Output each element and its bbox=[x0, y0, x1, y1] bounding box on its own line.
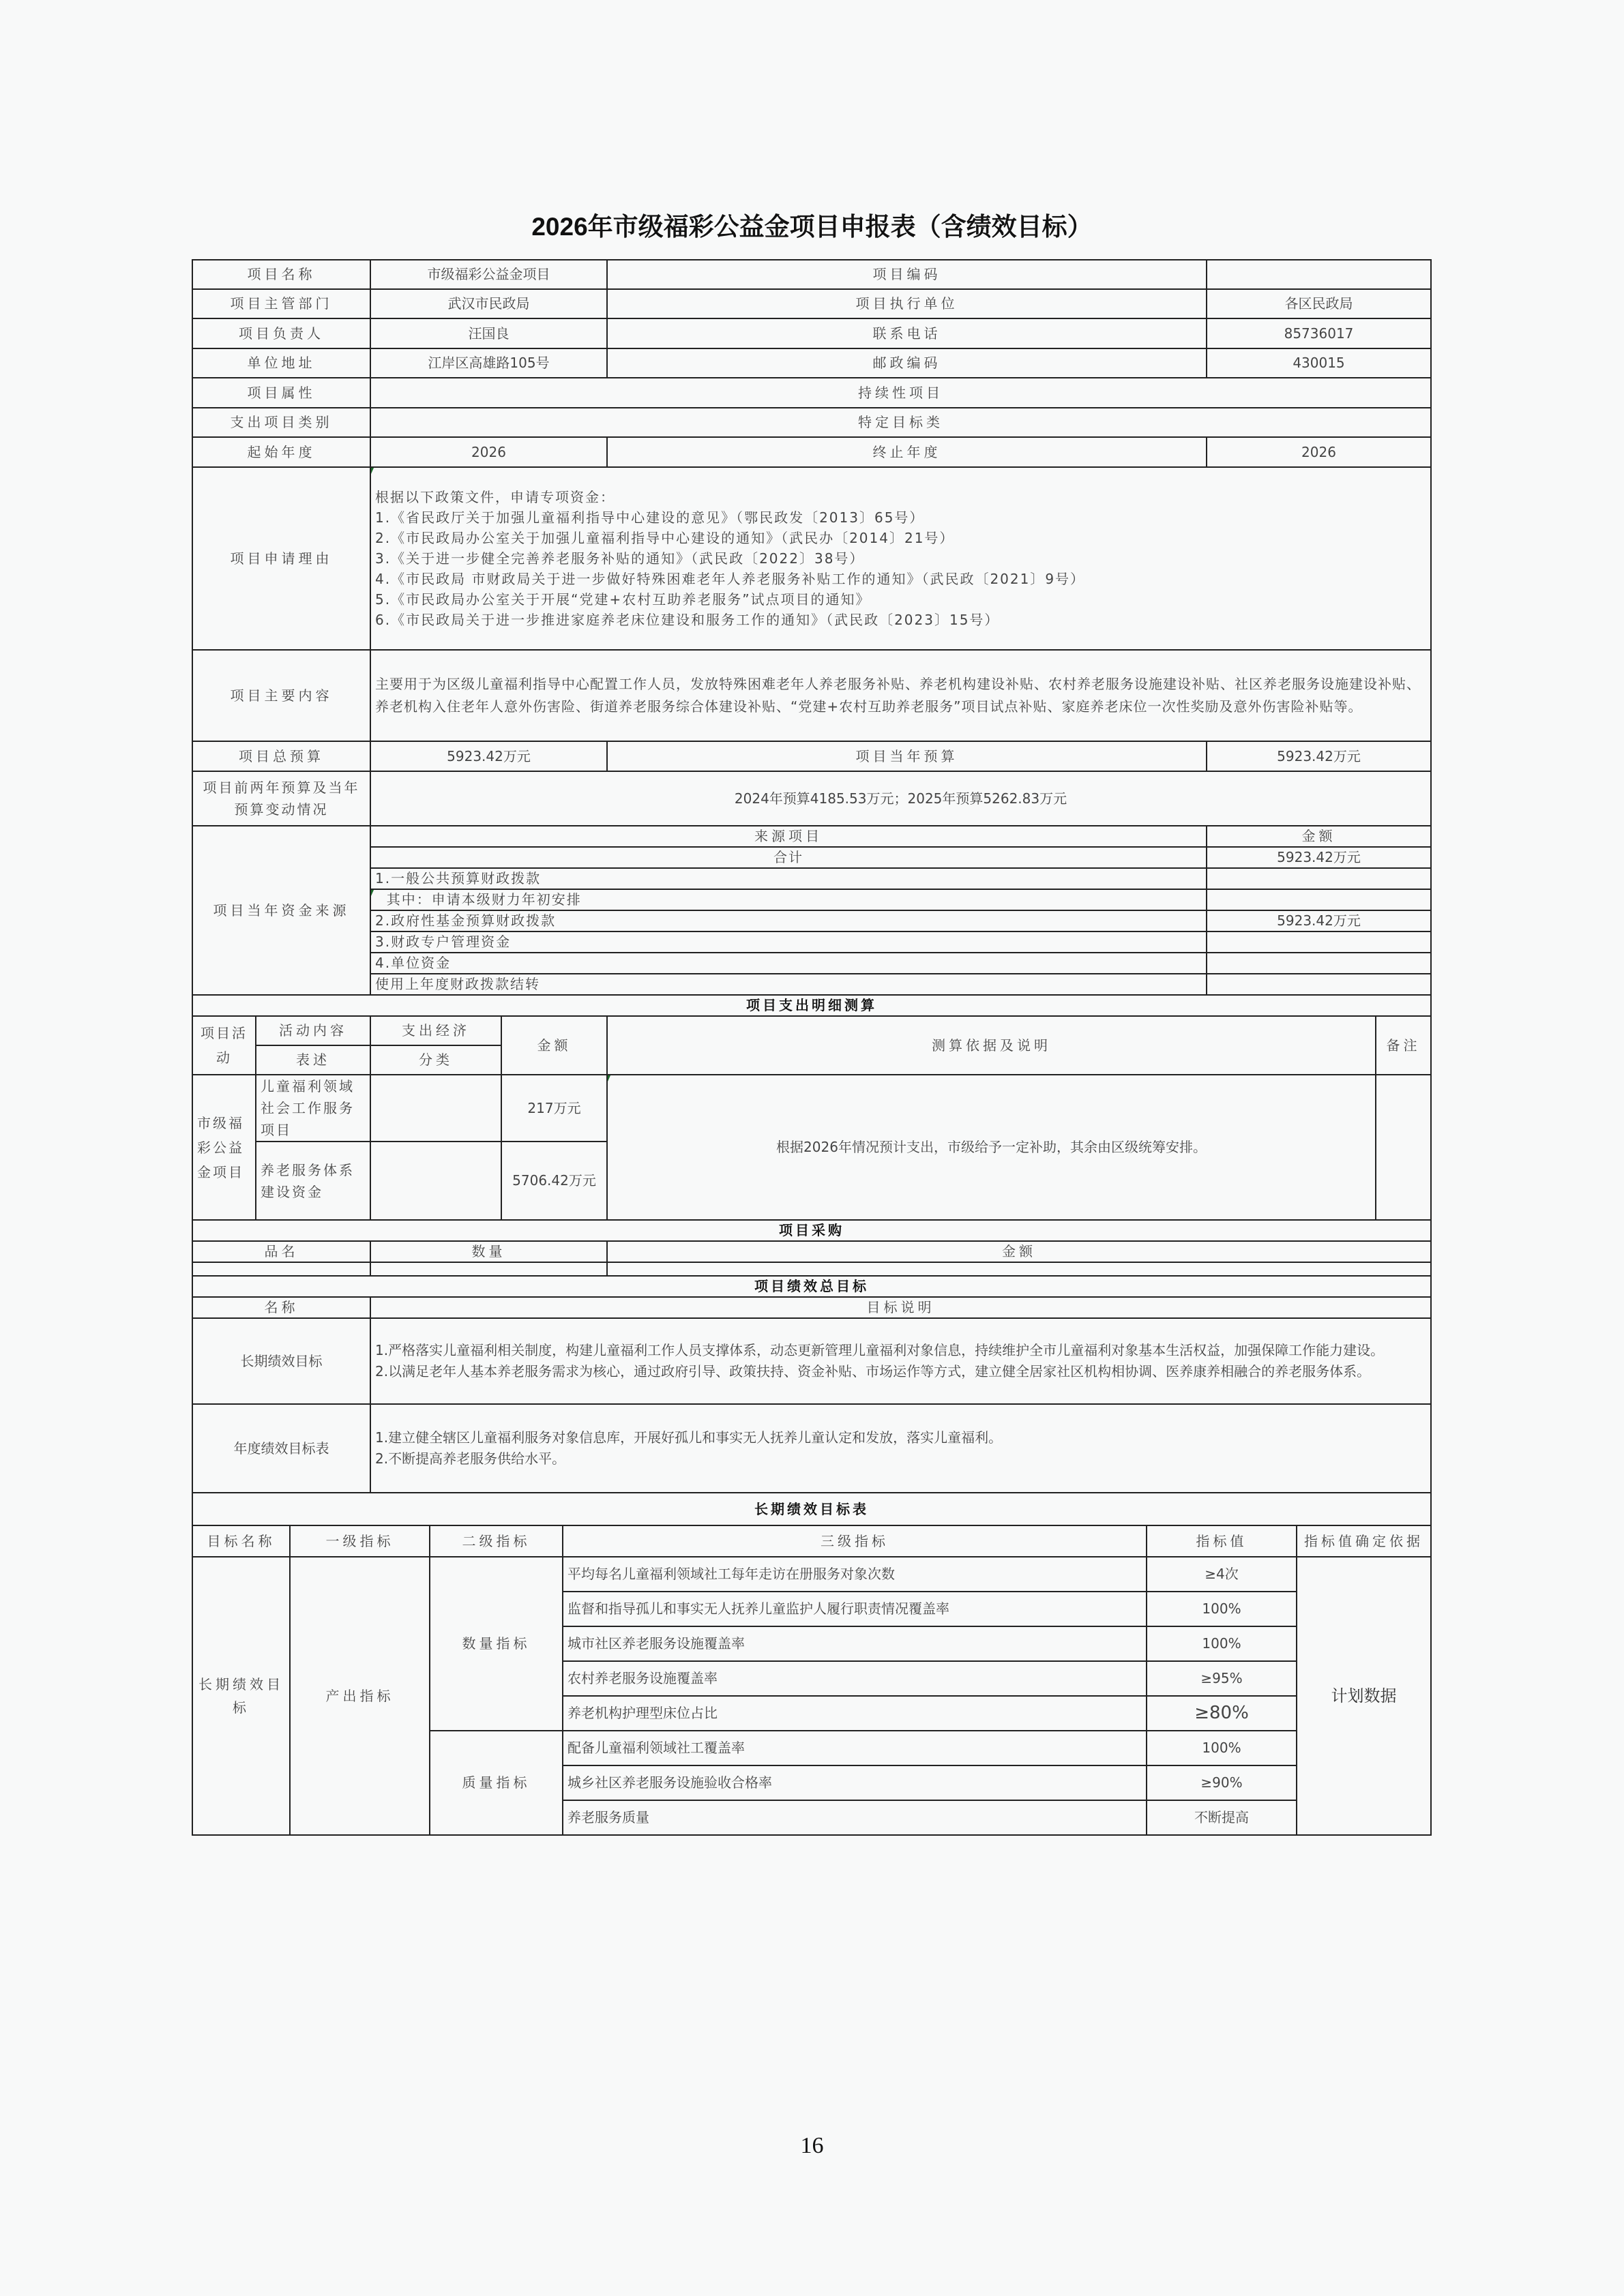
item-amount: 217万元 bbox=[501, 1075, 607, 1142]
remark-text bbox=[1376, 1075, 1431, 1220]
funding-amount: 5923.42万元 bbox=[1207, 847, 1431, 868]
item-econ bbox=[370, 1142, 501, 1220]
lt-basis: 计划数据 bbox=[1297, 1557, 1431, 1835]
long-term-section-title: 长期绩效目标表 bbox=[192, 1493, 1431, 1525]
amount-header: 金额 bbox=[501, 1016, 607, 1075]
policy-item: 2.《市民政局办公室关于加强儿童福利指导中心建设的通知》（武民办〔2014〕21… bbox=[375, 528, 1426, 548]
lt-level3: 配备儿童福利领域社工覆盖率 bbox=[563, 1731, 1147, 1765]
lt-header-5: 指标值确定依据 bbox=[1297, 1525, 1431, 1557]
activity-name: 市级福彩公益金项目 bbox=[192, 1075, 256, 1220]
project-code bbox=[1207, 260, 1431, 289]
policy-item: 3.《关于进一步健全完善养老服务补贴的通知》（武民政〔2022〕38号） bbox=[375, 548, 1426, 569]
policy-item: 5.《市民政局办公室关于开展“党建+农村互助养老服务”试点项目的通知》 bbox=[375, 589, 1426, 610]
application-form: 项目名称 市级福彩公益金项目 项目编码 项目主管部门 武汉市民政局 项目执行单位… bbox=[192, 259, 1430, 1836]
funding-row: 其中：申请本级财力年初安排 bbox=[192, 889, 1431, 910]
exec-unit: 各区民政局 bbox=[1207, 289, 1431, 318]
procurement-table: 项目采购 品名 数量 金额 bbox=[192, 1219, 1432, 1277]
funding-row: 合计5923.42万元 bbox=[192, 847, 1431, 868]
reason-label: 项目申请理由 bbox=[192, 467, 370, 650]
lt-value: 100% bbox=[1147, 1592, 1297, 1626]
item-amount: 5706.42万元 bbox=[501, 1142, 607, 1220]
indicator-row: 长期绩效目标产出指标数量指标平均每名儿童福利领域社工每年走访在册服务对象次数≥4… bbox=[192, 1557, 1431, 1592]
long-term-performance-table: 长期绩效目标表 目标名称一级指标二级指标三级指标指标值指标值确定依据 长期绩效目… bbox=[192, 1492, 1432, 1836]
goal-line: 2.以满足老年人基本养老服务需求为核心，通过政府引导、政策扶持、资金补贴、市场运… bbox=[375, 1361, 1426, 1382]
basis-text: 根据2026年情况预计支出，市级给予一定补助，其余由区级统筹安排。 bbox=[607, 1075, 1376, 1220]
funding-source: 合计 bbox=[370, 847, 1207, 868]
project-code-label: 项目编码 bbox=[607, 260, 1207, 289]
annual-goal-label: 年度绩效目标表 bbox=[192, 1404, 370, 1493]
item-econ bbox=[370, 1075, 501, 1142]
total-budget: 5923.42万元 bbox=[370, 741, 607, 771]
basis-header: 测算依据及说明 bbox=[607, 1016, 1376, 1075]
lt-value: ≥90% bbox=[1147, 1765, 1297, 1800]
content-header-1: 活动内容 bbox=[256, 1016, 370, 1045]
dept-label: 项目主管部门 bbox=[192, 289, 370, 318]
procurement-qty-header: 数量 bbox=[370, 1241, 607, 1262]
history-label: 项目前两年预算及当年预算变动情况 bbox=[192, 771, 370, 826]
page-number: 16 bbox=[0, 2133, 1624, 2159]
funding-row: 2.政府性基金预算财政拨款5923.42万元 bbox=[192, 910, 1431, 931]
lt-level3: 城乡社区养老服务设施验收合格率 bbox=[563, 1765, 1147, 1800]
lt-value: ≥4次 bbox=[1147, 1557, 1297, 1592]
lt-level3: 养老机构护理型床位占比 bbox=[563, 1696, 1147, 1731]
policy-item: 4.《市民政局 市财政局关于进一步做好特殊困难老年人养老服务补贴工作的通知》（武… bbox=[375, 569, 1426, 589]
category-label: 支出项目类别 bbox=[192, 408, 370, 437]
category: 特定目标类 bbox=[370, 408, 1431, 437]
lt-level3: 城市社区养老服务设施覆盖率 bbox=[563, 1626, 1147, 1661]
lt-header-2: 二级指标 bbox=[430, 1525, 563, 1557]
item-desc: 养老服务体系建设资金 bbox=[256, 1142, 370, 1220]
funding-source: 其中：申请本级财力年初安排 bbox=[370, 889, 1207, 910]
overall-goals-table: 项目绩效总目标 名称 目标说明 长期绩效目标 1.严格落实儿童福利相关制度，构建… bbox=[192, 1275, 1432, 1493]
address: 江岸区高雄路105号 bbox=[370, 348, 607, 378]
funding-source: 1.一般公共预算财政拨款 bbox=[370, 868, 1207, 889]
procurement-qty bbox=[370, 1262, 607, 1276]
lt-level2: 质量指标 bbox=[430, 1731, 563, 1835]
remark-header: 备注 bbox=[1376, 1016, 1431, 1075]
funding-row: 1.一般公共预算财政拨款 bbox=[192, 868, 1431, 889]
funding-table: 项目当年资金来源来源项目金额合计5923.42万元1.一般公共预算财政拨款 其中… bbox=[192, 825, 1432, 996]
lt-goal-name: 长期绩效目标 bbox=[192, 1557, 290, 1835]
basic-info-table: 项目名称 市级福彩公益金项目 项目编码 项目主管部门 武汉市民政局 项目执行单位… bbox=[192, 259, 1432, 826]
funding-amount: 5923.42万元 bbox=[1207, 910, 1431, 931]
funding-row: 使用上年度财政拨款结转 bbox=[192, 974, 1431, 995]
procurement-name bbox=[192, 1262, 370, 1276]
lt-value: 100% bbox=[1147, 1626, 1297, 1661]
lt-value: 100% bbox=[1147, 1731, 1297, 1765]
attribute-label: 项目属性 bbox=[192, 378, 370, 408]
funding-row: 3.财政专户管理资金 bbox=[192, 931, 1431, 953]
dept: 武汉市民政局 bbox=[370, 289, 607, 318]
address-label: 单位地址 bbox=[192, 348, 370, 378]
leader-label: 项目负责人 bbox=[192, 318, 370, 348]
policy-item: 根据以下政策文件，申请专项资金： bbox=[375, 487, 1426, 507]
funding-amount-header: 金额 bbox=[1207, 826, 1431, 847]
funding-amount bbox=[1207, 931, 1431, 953]
lt-value: 不断提高 bbox=[1147, 1800, 1297, 1835]
page-title: 2026年市级福彩公益金项目申报表（含绩效目标） bbox=[0, 206, 1624, 243]
funding-label: 项目当年资金来源 bbox=[192, 826, 370, 995]
attribute: 持续性项目 bbox=[370, 378, 1431, 408]
lt-value: ≥80% bbox=[1147, 1696, 1297, 1731]
funding-source: 3.财政专户管理资金 bbox=[370, 931, 1207, 953]
phone: 85736017 bbox=[1207, 318, 1431, 348]
lt-header-1: 一级指标 bbox=[290, 1525, 430, 1557]
leader: 汪国良 bbox=[370, 318, 607, 348]
current-budget-label: 项目当年预算 bbox=[607, 741, 1207, 771]
postcode-label: 邮政编码 bbox=[607, 348, 1207, 378]
lt-level3: 养老服务质量 bbox=[563, 1800, 1147, 1835]
end-year: 2026 bbox=[1207, 437, 1431, 467]
exec-unit-label: 项目执行单位 bbox=[607, 289, 1207, 318]
long-term-goal-label: 长期绩效目标 bbox=[192, 1318, 370, 1404]
long-term-goal-text: 1.严格落实儿童福利相关制度，构建儿童福利工作人员支撑体系，动态更新管理儿童福利… bbox=[370, 1318, 1431, 1404]
overall-goals-section-title: 项目绩效总目标 bbox=[192, 1276, 1431, 1297]
total-budget-label: 项目总预算 bbox=[192, 741, 370, 771]
lt-header-3: 三级指标 bbox=[563, 1525, 1147, 1557]
item-desc: 儿童福利领域社会工作服务项目 bbox=[256, 1075, 370, 1142]
content-header-2: 表述 bbox=[256, 1045, 370, 1075]
lt-level3: 农村养老服务设施覆盖率 bbox=[563, 1661, 1147, 1696]
reason-text: 根据以下政策文件，申请专项资金：1.《省民政厅关于加强儿童福利指导中心建设的意见… bbox=[370, 467, 1431, 650]
funding-source: 使用上年度财政拨款结转 bbox=[370, 974, 1207, 995]
postcode: 430015 bbox=[1207, 348, 1431, 378]
lt-level2: 数量指标 bbox=[430, 1557, 563, 1731]
content-label: 项目主要内容 bbox=[192, 650, 370, 741]
procurement-amount-header: 金额 bbox=[607, 1241, 1431, 1262]
expense-section-title: 项目支出明细测算 bbox=[192, 995, 1431, 1016]
project-name-label: 项目名称 bbox=[192, 260, 370, 289]
goal-line: 2.不断提高养老服务供给水平。 bbox=[375, 1448, 1426, 1470]
phone-label: 联系电话 bbox=[607, 318, 1207, 348]
history-text: 2024年预算4185.53万元；2025年预算5262.83万元 bbox=[370, 771, 1431, 826]
lt-value: ≥95% bbox=[1147, 1661, 1297, 1696]
end-year-label: 终止年度 bbox=[607, 437, 1207, 467]
start-year: 2026 bbox=[370, 437, 607, 467]
lt-level1: 产出指标 bbox=[290, 1557, 430, 1835]
procurement-name-header: 品名 bbox=[192, 1241, 370, 1262]
funding-source: 2.政府性基金预算财政拨款 bbox=[370, 910, 1207, 931]
funding-row: 4.单位资金 bbox=[192, 953, 1431, 974]
goal-name-header: 名称 bbox=[192, 1297, 370, 1318]
lt-level3: 监督和指导孤儿和事实无人抚养儿童监护人履行职责情况覆盖率 bbox=[563, 1592, 1147, 1626]
funding-source: 4.单位资金 bbox=[370, 953, 1207, 974]
policy-list: 根据以下政策文件，申请专项资金：1.《省民政厅关于加强儿童福利指导中心建设的意见… bbox=[375, 487, 1426, 630]
policy-item: 1.《省民政厅关于加强儿童福利指导中心建设的意见》（鄂民政发〔2013〕65号） bbox=[375, 507, 1426, 528]
funding-amount bbox=[1207, 974, 1431, 995]
funding-amount bbox=[1207, 953, 1431, 974]
econ-header-2: 分类 bbox=[370, 1045, 501, 1075]
annual-goal-text: 1.建立健全辖区儿童福利服务对象信息库，开展好孤儿和事实无人抚养儿童认定和发放，… bbox=[370, 1404, 1431, 1493]
policy-item: 6.《市民政局关于进一步推进家庭养老床位建设和服务工作的通知》（武民政〔2023… bbox=[375, 610, 1426, 630]
funding-amount bbox=[1207, 868, 1431, 889]
procurement-section-title: 项目采购 bbox=[192, 1220, 1431, 1241]
activity-header: 项目活动 bbox=[192, 1016, 256, 1075]
goal-line: 1.建立健全辖区儿童福利服务对象信息库，开展好孤儿和事实无人抚养儿童认定和发放，… bbox=[375, 1427, 1426, 1448]
expense-detail-table: 项目支出明细测算 项目活动 活动内容 支出经济 金额 测算依据及说明 备注 表述… bbox=[192, 994, 1432, 1221]
funding-source-header: 来源项目 bbox=[370, 826, 1207, 847]
funding-amount bbox=[1207, 889, 1431, 910]
goal-desc-header: 目标说明 bbox=[370, 1297, 1431, 1318]
goal-line: 1.严格落实儿童福利相关制度，构建儿童福利工作人员支撑体系，动态更新管理儿童福利… bbox=[375, 1340, 1426, 1361]
lt-header-0: 目标名称 bbox=[192, 1525, 290, 1557]
procurement-amount bbox=[607, 1262, 1431, 1276]
econ-header-1: 支出经济 bbox=[370, 1016, 501, 1045]
lt-level3: 平均每名儿童福利领域社工每年走访在册服务对象次数 bbox=[563, 1557, 1147, 1592]
content-text: 主要用于为区级儿童福利指导中心配置工作人员，发放特殊困难老年人养老服务补贴、养老… bbox=[370, 650, 1431, 741]
lt-header-4: 指标值 bbox=[1147, 1525, 1297, 1557]
start-year-label: 起始年度 bbox=[192, 437, 370, 467]
project-name: 市级福彩公益金项目 bbox=[370, 260, 607, 289]
current-budget: 5923.42万元 bbox=[1207, 741, 1431, 771]
